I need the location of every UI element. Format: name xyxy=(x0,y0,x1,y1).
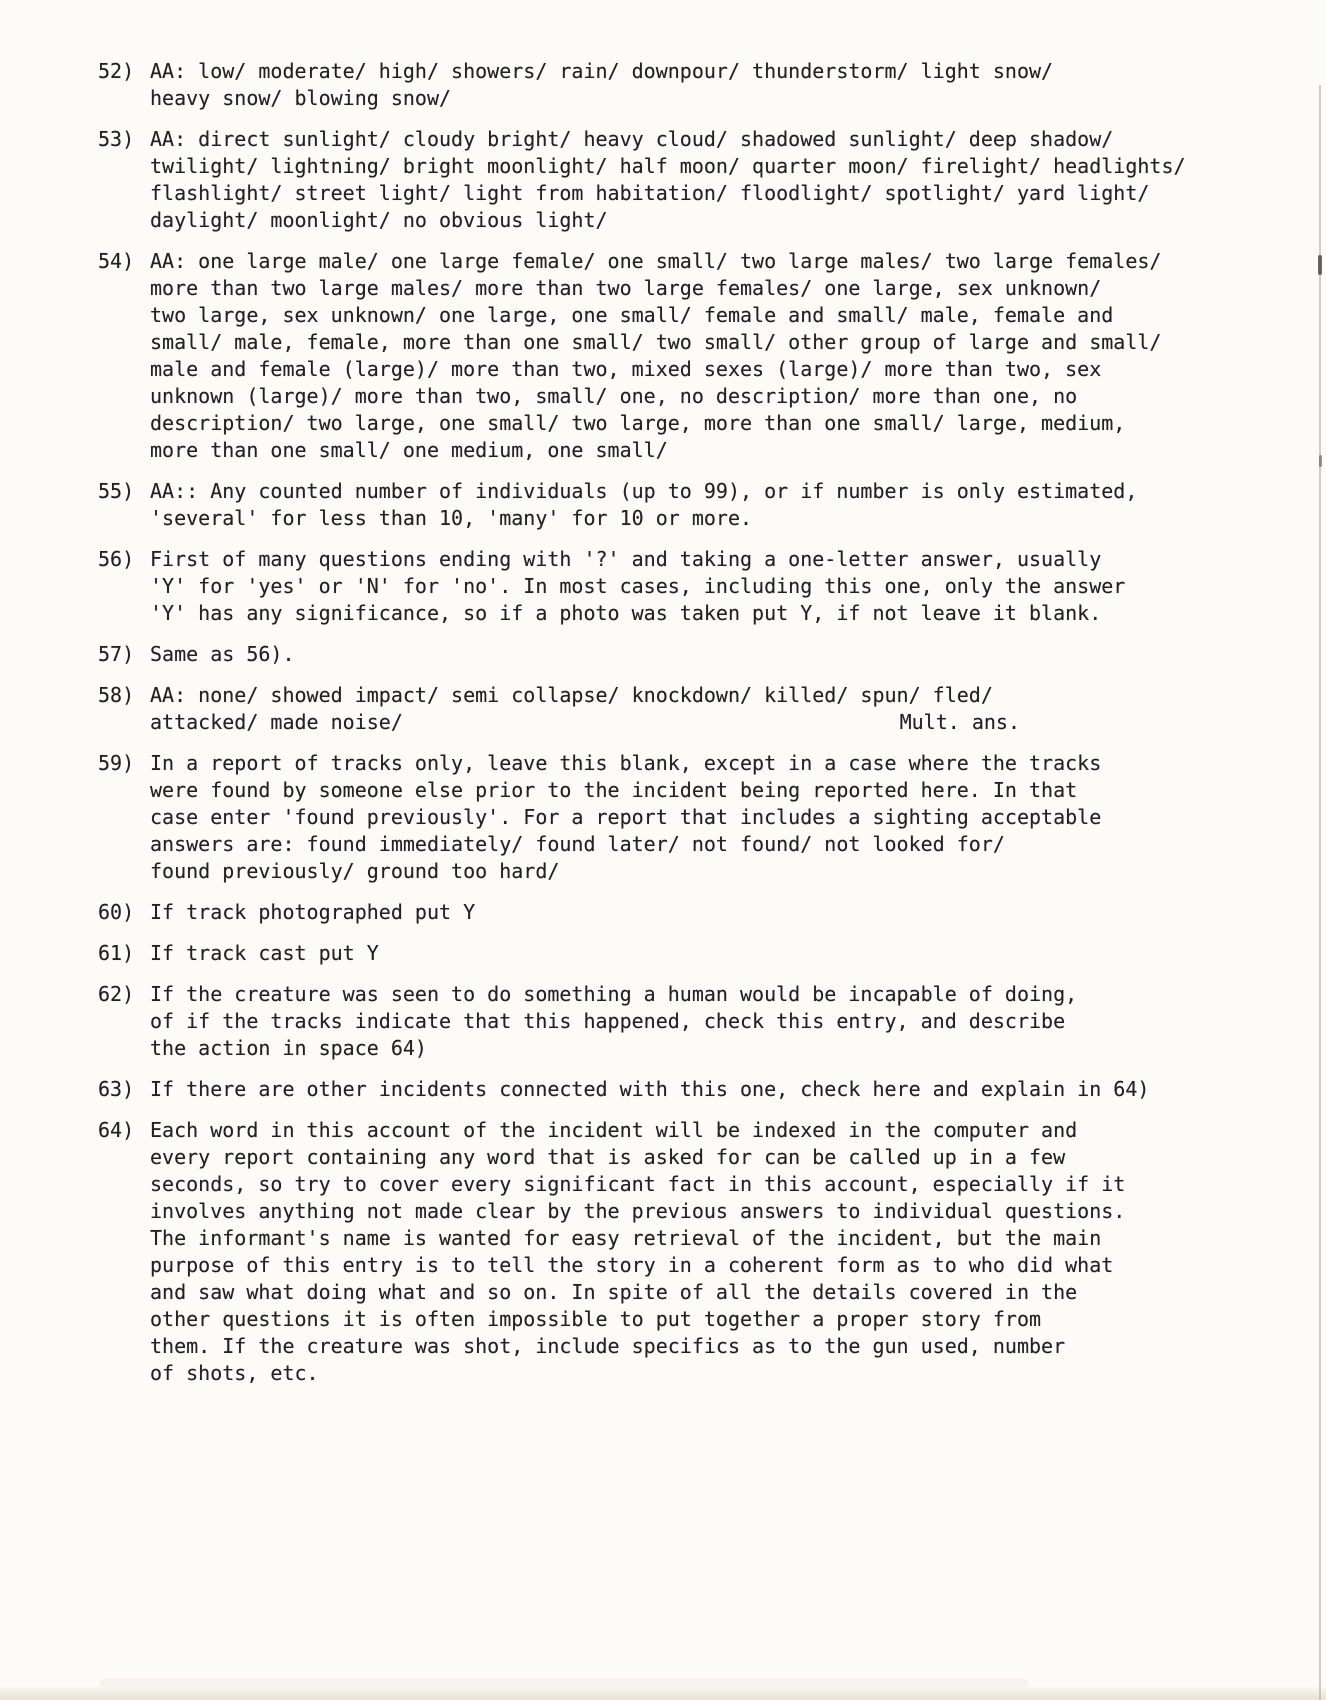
item-number: 63) xyxy=(98,1076,150,1103)
item-note-mult-ans: Mult. ans. xyxy=(900,709,1020,736)
item-number: 57) xyxy=(98,641,150,668)
item-number: 53) xyxy=(98,126,150,153)
item-text: If the creature was seen to do something… xyxy=(150,981,1077,1062)
scan-artifact-bottom-edge xyxy=(0,1687,1326,1700)
item-number: 54) xyxy=(98,248,150,275)
item-text: If track photographed put Y xyxy=(150,899,475,926)
item-text: AA: direct sunlight/ cloudy bright/ heav… xyxy=(150,126,1186,234)
item-text: If there are other incidents connected w… xyxy=(150,1076,1149,1103)
list-item-55: 55) AA:: Any counted number of individua… xyxy=(98,478,1270,532)
list-item-56: 56) First of many questions ending with … xyxy=(98,546,1270,627)
list-item-64: 64) Each word in this account of the inc… xyxy=(98,1117,1270,1387)
scan-artifact-right-edge xyxy=(1319,85,1321,1700)
item-text: Each word in this account of the inciden… xyxy=(150,1117,1125,1387)
list-item-60: 60) If track photographed put Y xyxy=(98,899,1270,926)
list-item-61: 61) If track cast put Y xyxy=(98,940,1270,967)
item-number: 64) xyxy=(98,1117,150,1144)
item-number: 55) xyxy=(98,478,150,505)
item-text: AA: low/ moderate/ high/ showers/ rain/ … xyxy=(150,58,1053,112)
item-text: In a report of tracks only, leave this b… xyxy=(150,750,1101,885)
list-item-54: 54) AA: one large male/ one large female… xyxy=(98,248,1270,464)
item-text: AA: one large male/ one large female/ on… xyxy=(150,248,1161,464)
list-item-59: 59) In a report of tracks only, leave th… xyxy=(98,750,1270,885)
item-number: 60) xyxy=(98,899,150,926)
item-number: 56) xyxy=(98,546,150,573)
list-item-63: 63) If there are other incidents connect… xyxy=(98,1076,1270,1103)
scan-artifact-bottom-shadow xyxy=(100,1679,1028,1687)
scanned-page: 52) AA: low/ moderate/ high/ showers/ ra… xyxy=(0,0,1326,1700)
list-item-58: 58) AA: none/ showed impact/ semi collap… xyxy=(98,682,1270,736)
item-number: 59) xyxy=(98,750,150,777)
item-text: AA:: Any counted number of individuals (… xyxy=(150,478,1137,532)
list-item-62: 62) If the creature was seen to do somet… xyxy=(98,981,1270,1062)
item-text: Same as 56). xyxy=(150,641,295,668)
list-item-57: 57) Same as 56). xyxy=(98,641,1270,668)
item-number: 52) xyxy=(98,58,150,85)
list-item-52: 52) AA: low/ moderate/ high/ showers/ ra… xyxy=(98,58,1270,112)
scan-artifact-tick xyxy=(1319,455,1322,467)
item-number: 58) xyxy=(98,682,150,709)
item-text: First of many questions ending with '?' … xyxy=(150,546,1125,627)
item-text: If track cast put Y xyxy=(150,940,379,967)
list-item-53: 53) AA: direct sunlight/ cloudy bright/ … xyxy=(98,126,1270,234)
item-number: 62) xyxy=(98,981,150,1008)
item-number: 61) xyxy=(98,940,150,967)
item-text: AA: none/ showed impact/ semi collapse/ … xyxy=(150,682,993,736)
instruction-list: 52) AA: low/ moderate/ high/ showers/ ra… xyxy=(0,0,1326,1387)
scan-artifact-tick xyxy=(1318,255,1322,275)
